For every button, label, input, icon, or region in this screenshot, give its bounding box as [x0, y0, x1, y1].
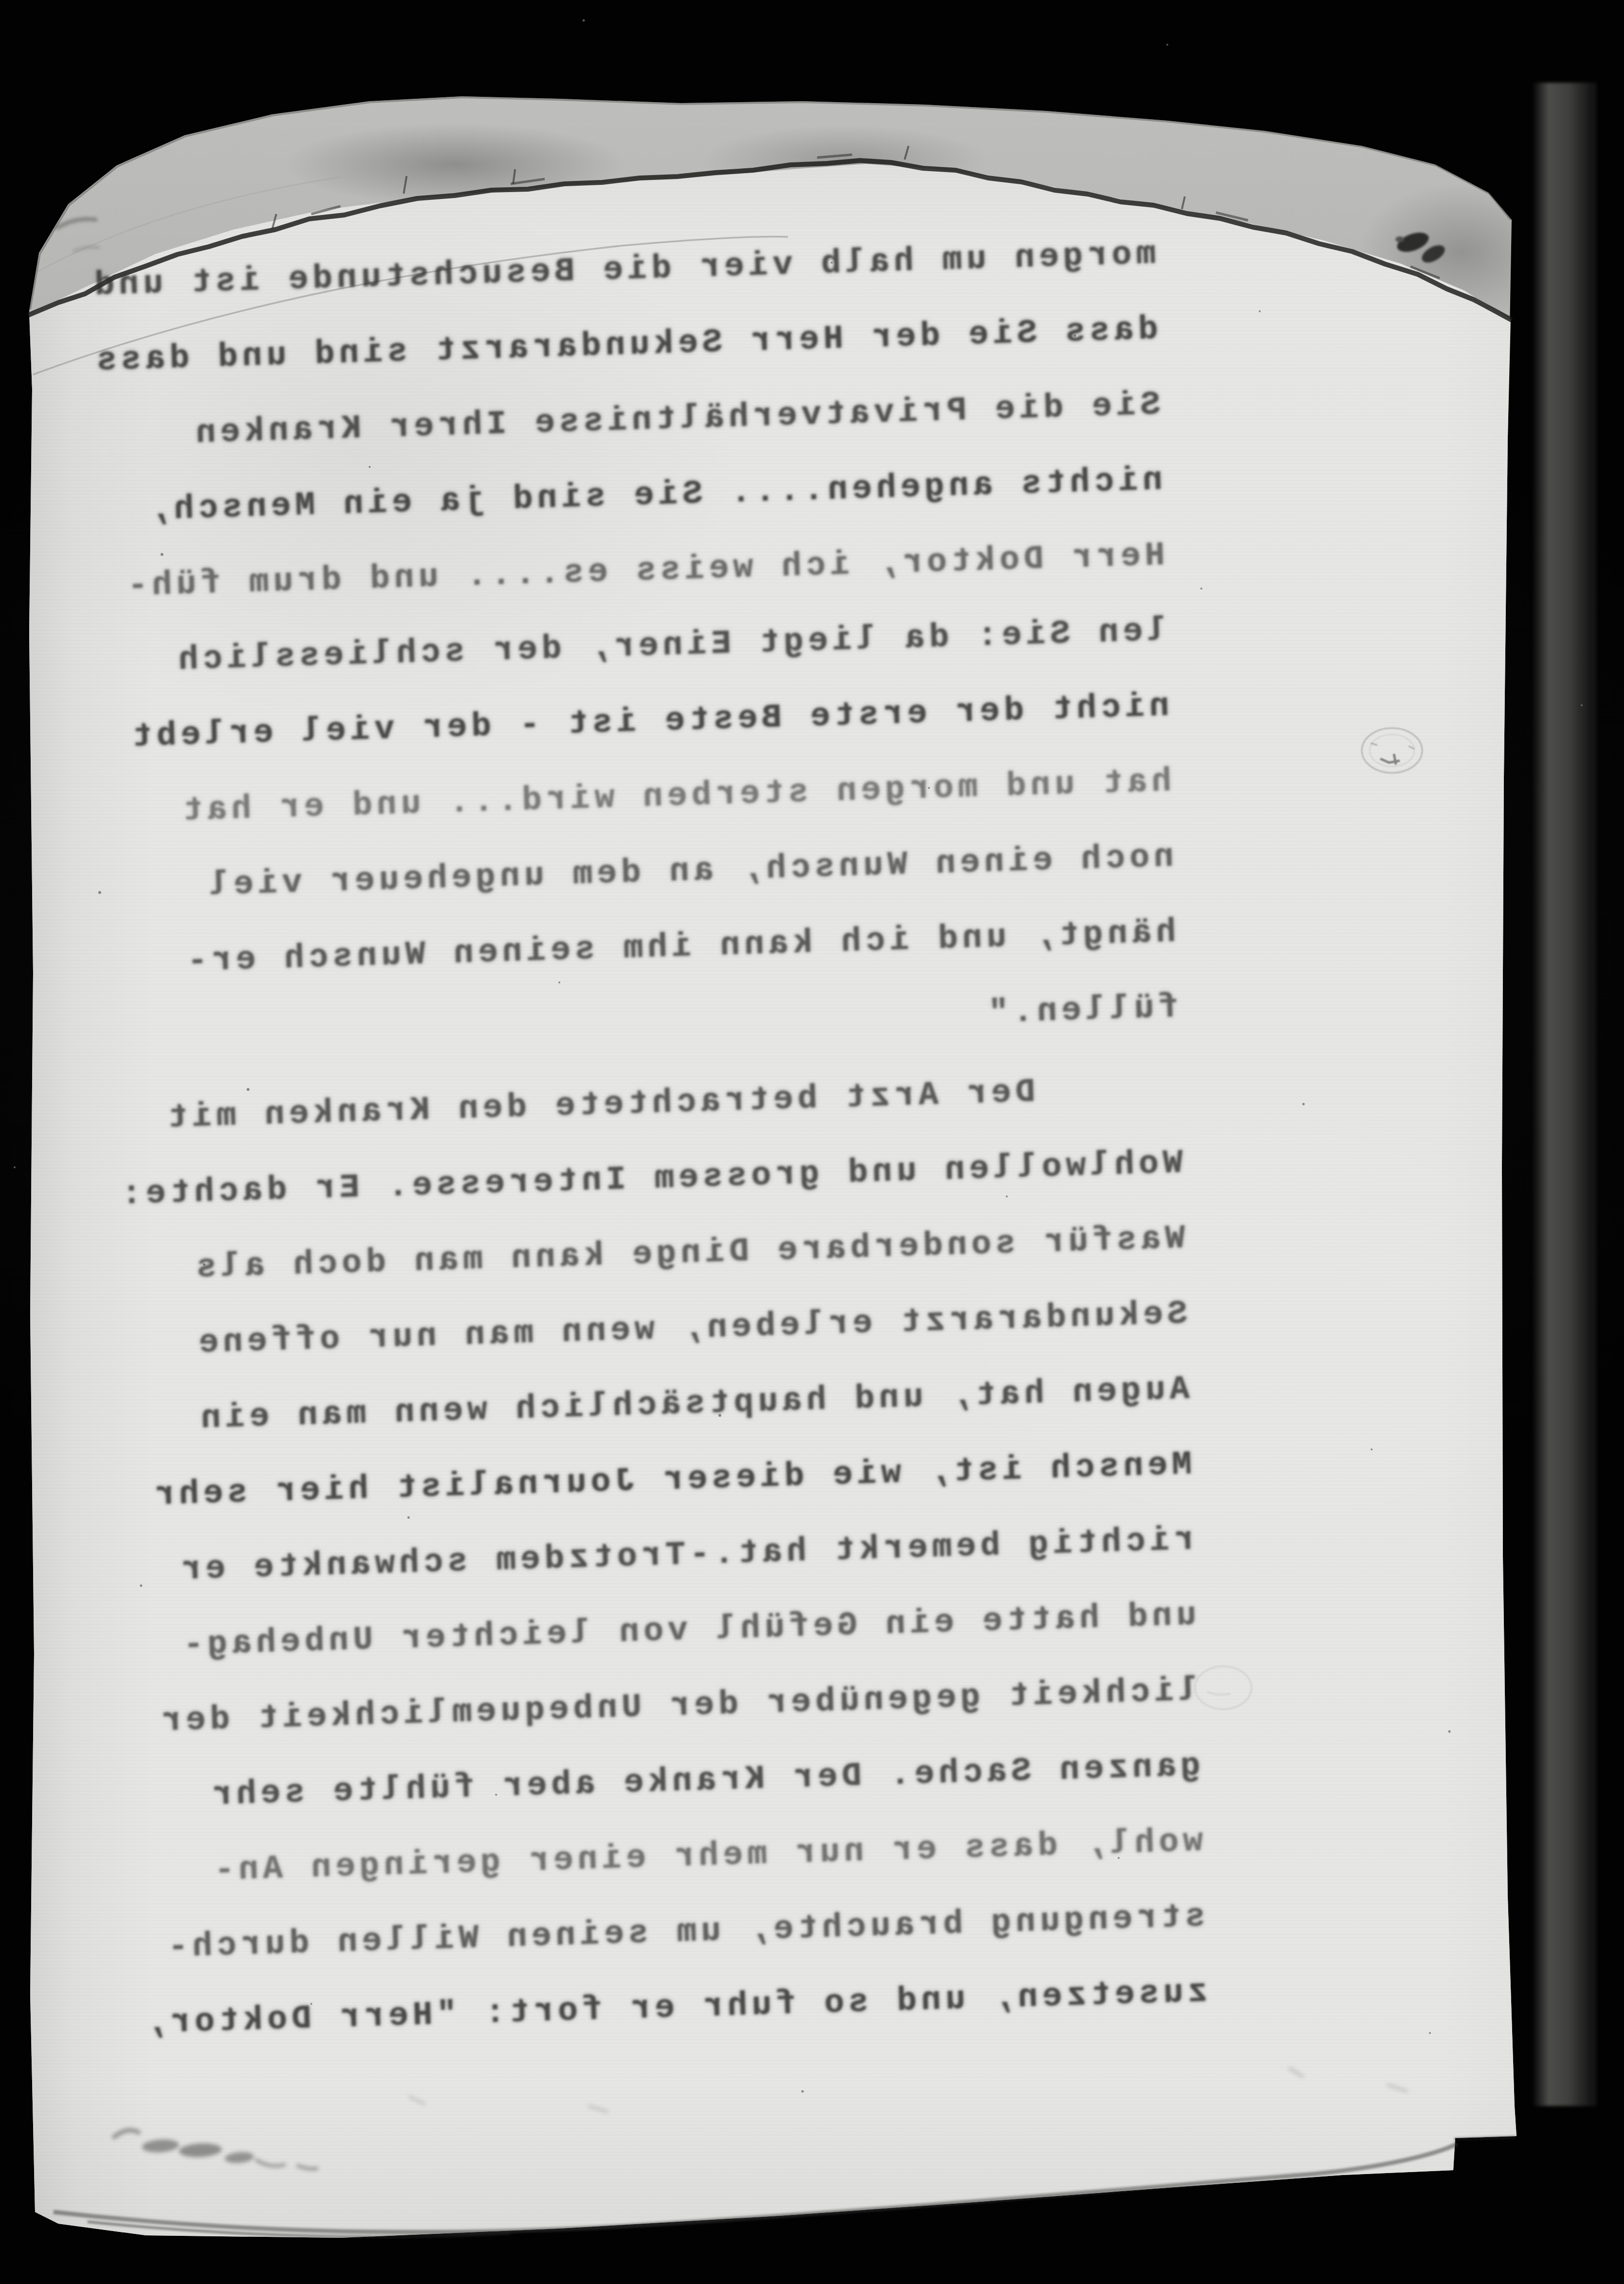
scan-background: morgen um halb vier die Besuchstunde ist…: [0, 0, 1624, 2284]
page-text: morgen um halb vier die Besuchstunde ist…: [85, 216, 1209, 2062]
film-edge-strip: [1532, 83, 1596, 2106]
